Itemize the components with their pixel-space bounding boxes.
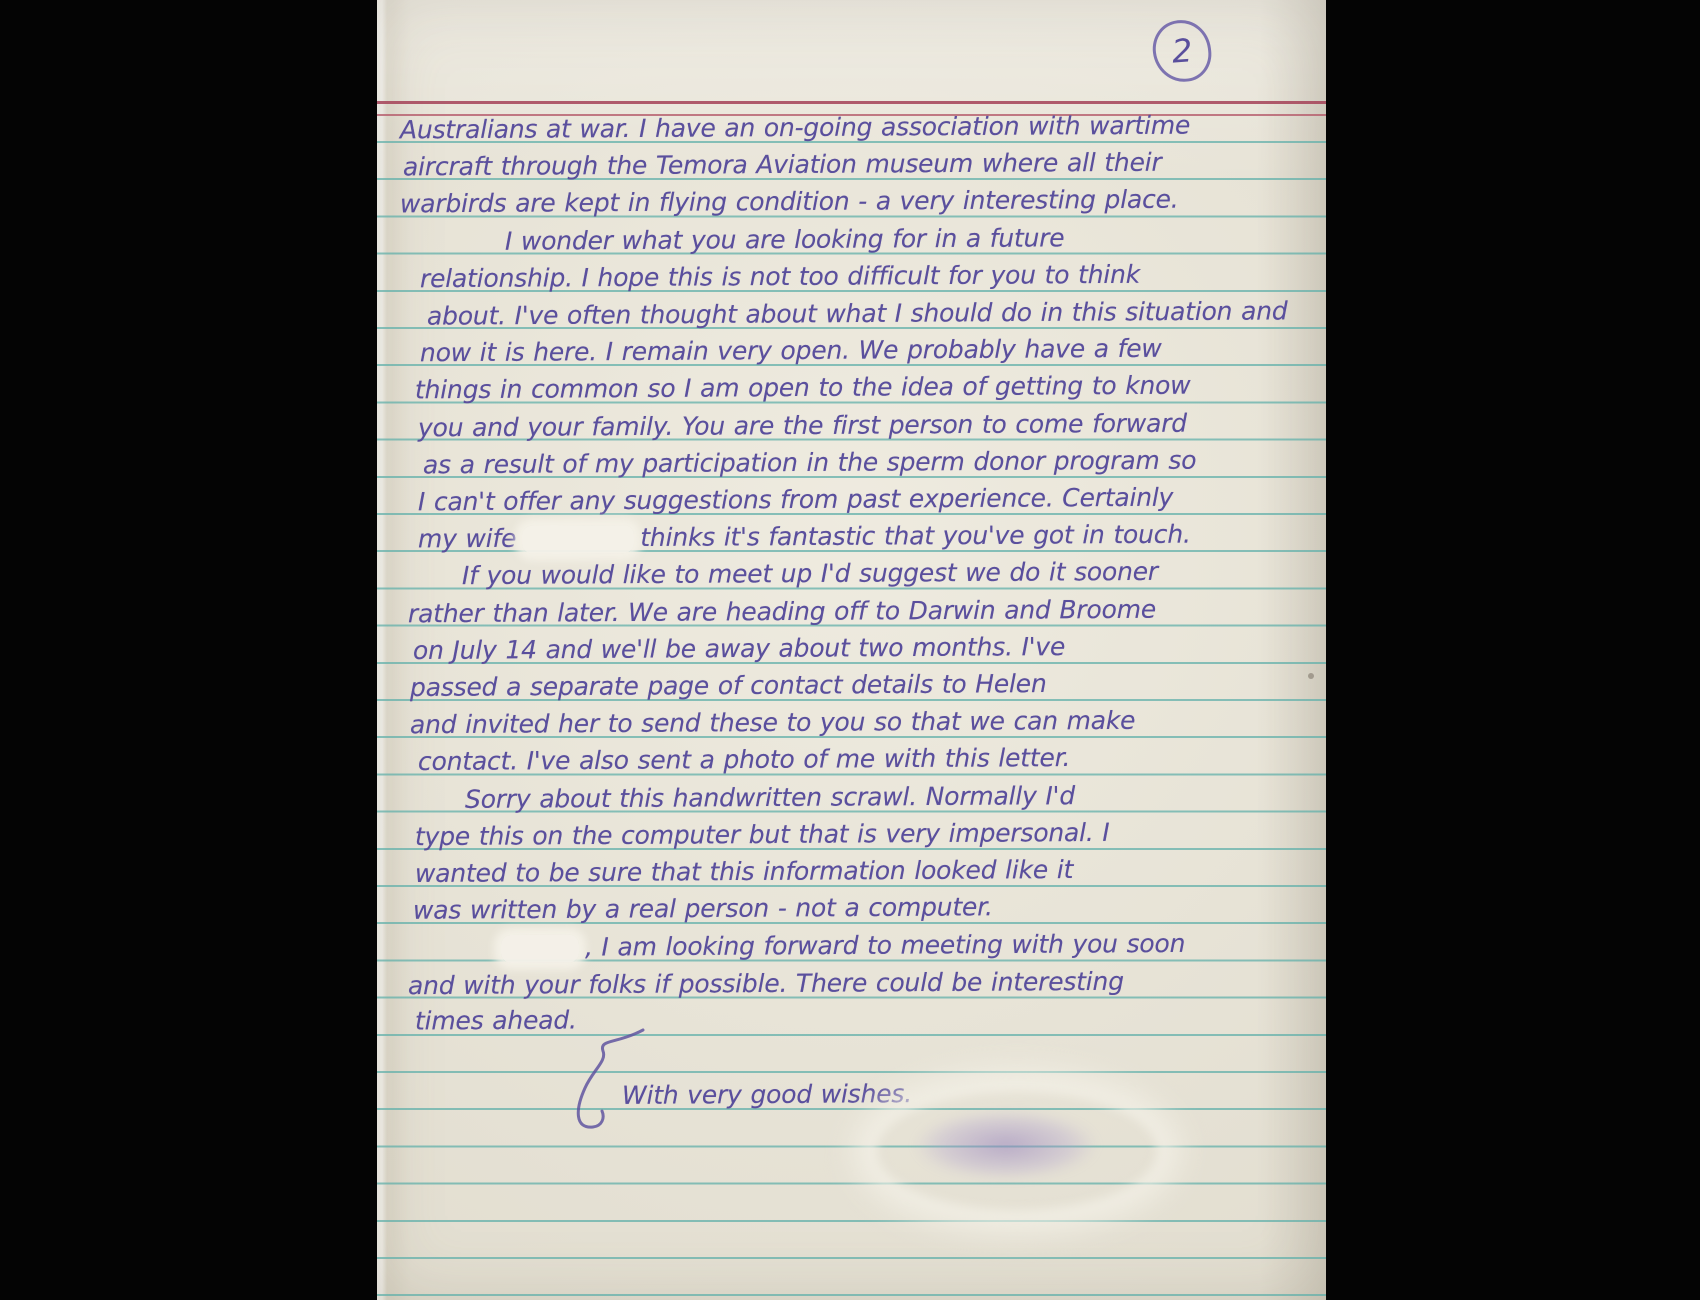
handwriting-text: wanted to be sure that this information …: [415, 855, 1073, 888]
handwritten-line: times ahead.: [415, 1002, 577, 1040]
handwriting-text: about. I've often thought about what I s…: [427, 296, 1288, 330]
handwritten-line: I wonder what you are looking for in a f…: [505, 220, 1065, 260]
handwritten-line: passed a separate page of contact detail…: [410, 666, 1047, 707]
handwritten-line: rather than later. We are heading off to…: [408, 591, 1156, 633]
handwriting-text: things in common so I am open to the ide…: [415, 371, 1191, 405]
handwritten-line: wanted to be sure that this information …: [415, 852, 1073, 893]
handwritten-line: Australians at war. I have an on-going a…: [400, 108, 1190, 150]
handwriting-text: times ahead.: [415, 1005, 577, 1035]
handwritten-line: relationship. I hope this is not too dif…: [420, 257, 1140, 298]
handwriting-text: I can't offer any suggestions from past …: [418, 483, 1173, 517]
handwriting-text: Sorry about this handwritten scrawl. Nor…: [465, 781, 1075, 814]
handwritten-line: type this on the computer but that is ve…: [415, 815, 1110, 856]
handwriting-text: relationship. I hope this is not too dif…: [420, 260, 1140, 293]
handwritten-line: If you would like to meet up I'd suggest…: [462, 554, 1158, 595]
handwriting-text: rather than later. We are heading off to…: [408, 594, 1156, 628]
handwritten-line: was written by a real person - not a com…: [413, 889, 993, 930]
handwriting-text: aircraft through the Temora Aviation mus…: [403, 148, 1162, 182]
handwritten-line: you and your family. You are the first p…: [418, 405, 1187, 447]
handwriting-text: type this on the computer but that is ve…: [415, 818, 1110, 851]
handwriting-text: thinks it's fantastic that you've got in…: [640, 520, 1191, 552]
handwritten-line: aircraft through the Temora Aviation mus…: [403, 145, 1162, 187]
handwritten-line: my wifethinks it's fantastic that you've…: [418, 517, 1191, 559]
handwriting-text: Australians at war. I have an on-going a…: [400, 111, 1190, 145]
handwriting-text: and invited her to send these to you so …: [410, 706, 1135, 739]
handwritten-line: on July 14 and we'll be away about two m…: [413, 629, 1065, 670]
handwriting-text: I wonder what you are looking for in a f…: [505, 223, 1065, 255]
handwritten-line: , I am looking forward to meeting with y…: [495, 926, 1185, 967]
redacted-text: [522, 525, 634, 554]
handwritten-line: warbirds are kept in flying condition - …: [400, 182, 1179, 224]
redacted-text: [501, 935, 579, 963]
scanned-letter-background: 2 Australians at war. I have an on-going…: [0, 0, 1700, 1300]
handwritten-line: contact. I've also sent a photo of me wi…: [418, 740, 1070, 781]
handwriting-text: you and your family. You are the first p…: [418, 408, 1187, 442]
handwritten-line: With very good wishes.: [622, 1076, 912, 1115]
handwriting-text: contact. I've also sent a photo of me wi…: [418, 743, 1070, 776]
handwritten-line: Sorry about this handwritten scrawl. Nor…: [465, 778, 1075, 819]
handwriting-text: now it is here. I remain very open. We p…: [420, 334, 1162, 368]
handwriting-text: If you would like to meet up I'd suggest…: [462, 557, 1158, 590]
letter-page: 2 Australians at war. I have an on-going…: [377, 0, 1326, 1300]
page-number-badge: 2: [1149, 17, 1214, 86]
page-number: 2: [1171, 31, 1194, 70]
handwriting-text: and with your folks if possible. There c…: [408, 966, 1124, 999]
handwritten-line: I can't offer any suggestions from past …: [418, 480, 1173, 522]
handwriting-text: as a result of my participation in the s…: [423, 445, 1196, 479]
handwriting-text: on July 14 and we'll be away about two m…: [413, 632, 1065, 665]
handwritten-line: now it is here. I remain very open. We p…: [420, 331, 1162, 373]
handwritten-line: about. I've often thought about what I s…: [427, 293, 1288, 335]
paper-speck: [1308, 673, 1314, 679]
handwriting-text: With very good wishes.: [622, 1079, 912, 1110]
handwritten-line: and invited her to send these to you so …: [410, 703, 1136, 744]
handwriting-text: , I am looking forward to meeting with y…: [585, 929, 1185, 962]
signature-redaction: [877, 1092, 1157, 1210]
handwriting-text: was written by a real person - not a com…: [413, 892, 993, 925]
handwritten-line: things in common so I am open to the ide…: [415, 368, 1191, 410]
signature-flourish: [563, 1026, 659, 1138]
handwriting-text: warbirds are kept in flying condition - …: [400, 185, 1179, 219]
handwriting-text: passed a separate page of contact detail…: [410, 669, 1047, 702]
handwritten-line: as a result of my participation in the s…: [423, 442, 1196, 484]
handwriting-text: my wife: [418, 524, 516, 554]
handwritten-line: and with your folks if possible. There c…: [408, 963, 1124, 1004]
